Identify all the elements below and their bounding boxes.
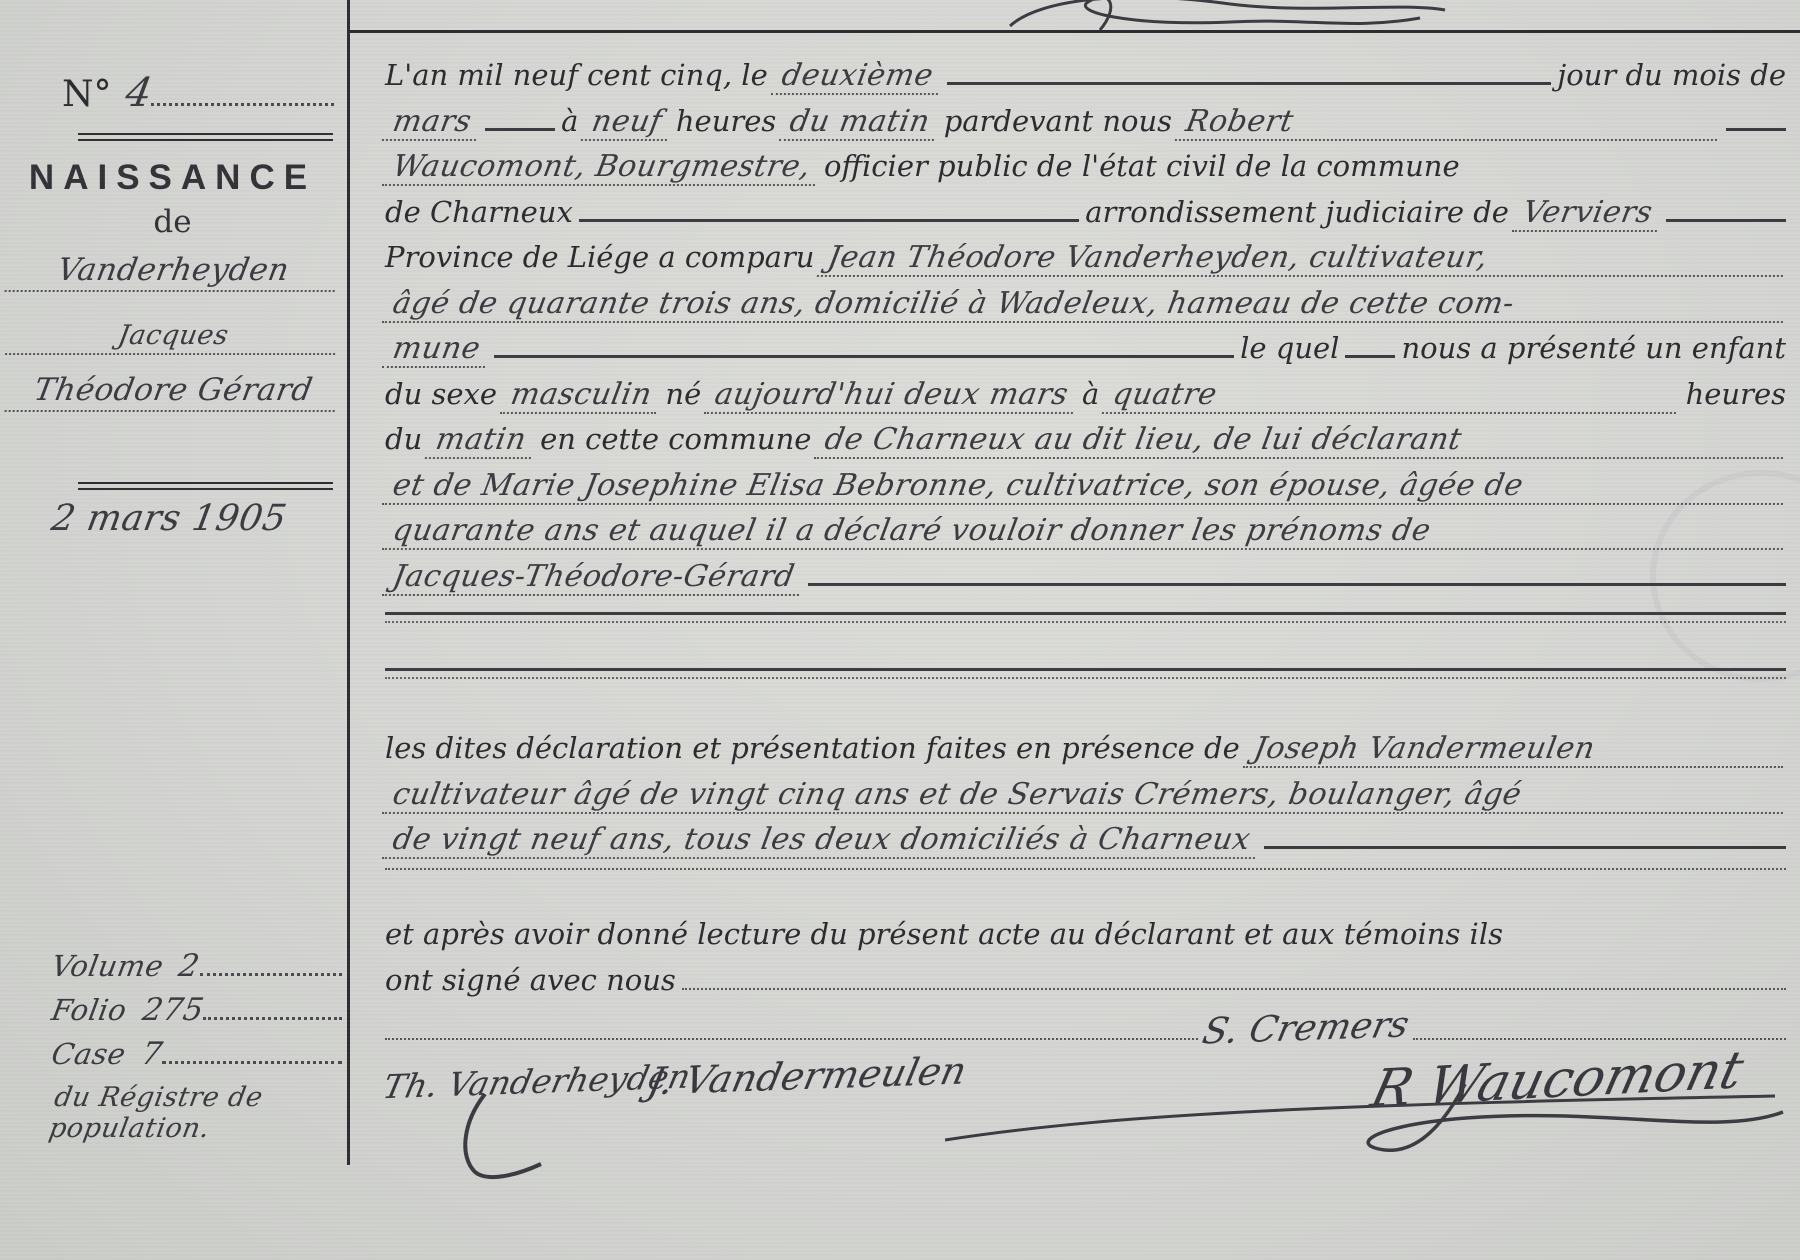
act-line: cultivateur âgé de vingt cinq ans et de … (385, 777, 1790, 823)
dotted-blank (162, 1061, 342, 1064)
double-rule (78, 482, 333, 490)
signature-row: Th. Vanderheyden J. Vandermeulen R Wauco… (385, 1054, 1790, 1174)
handwritten-entry: mune (382, 331, 491, 368)
act-number-row: N° 4 (62, 70, 334, 116)
child-surname: Vanderheyden (4, 252, 341, 292)
act-line: âgé de quarante trois ans, domicilié à W… (385, 286, 1790, 332)
printed-text: les dites déclaration et présentation fa… (385, 731, 1240, 765)
birth-record-page: N° 4 NAISSANCE de Vanderheyden Jacques T… (0, 0, 1800, 1260)
act-line: Province de Liége a comparuJean Théodore… (385, 240, 1790, 286)
dotted-blank (200, 973, 342, 976)
margin-divider-rule (347, 0, 350, 1165)
act-line: les dites déclaration et présentation fa… (385, 731, 1790, 777)
top-border-rule (347, 30, 1800, 33)
printed-text: officier public de l'état civil de la co… (824, 149, 1460, 183)
ink-rule (494, 355, 1234, 358)
handwritten-entry: Joseph Vandermeulen (1243, 731, 1790, 768)
ink-rule (579, 219, 1079, 222)
act-number-value: 4 (121, 70, 155, 116)
blank-line-rule (385, 612, 1786, 623)
act-line: de Charneuxarrondissement judiciaire deV… (385, 195, 1790, 241)
act-text-lines: L'an mil neuf cent cinq, ledeuxièmejour … (385, 58, 1790, 1054)
dotted-blank (385, 868, 1786, 870)
act-line: du sexemasculinnéaujourd'hui deux marsàq… (385, 377, 1790, 423)
record-type-title: NAISSANCE (0, 158, 345, 198)
dotted-blank (151, 103, 334, 106)
act-line: et après avoir donné lecture du présent … (385, 917, 1790, 963)
handwritten-entry: matin (425, 422, 537, 459)
handwritten-entry: Robert (1175, 104, 1723, 141)
case-value: 7 (138, 1036, 165, 1072)
printed-text: et après avoir donné lecture du présent … (385, 917, 1503, 951)
handwritten-entry: quatre (1102, 377, 1683, 414)
printed-text: nous a présenté un enfant (1401, 331, 1786, 365)
printed-text: heures (676, 104, 776, 138)
printed-text: jour du mois de (1557, 58, 1786, 92)
handwritten-entry: Jacques-Théodore-Gérard (382, 559, 806, 596)
margin-column: N° 4 NAISSANCE de Vanderheyden Jacques T… (0, 0, 345, 1260)
printed-text: arrondissement judiciaire de (1085, 195, 1509, 229)
registry-volume-row: Volume 2 (52, 948, 342, 984)
act-line: S. Cremers (385, 1008, 1790, 1054)
ink-rule (1345, 355, 1395, 358)
folio-value: 275 (139, 992, 206, 1028)
declarant-paraph-icon (445, 1094, 645, 1184)
act-line: quarante ans et auquel il a déclaré voul… (385, 513, 1790, 559)
ink-rule (1726, 128, 1786, 131)
ink-rule (1264, 846, 1786, 849)
child-firstname: Jacques (5, 320, 341, 355)
act-line (385, 868, 1790, 914)
handwritten-entry: et de Marie Josephine Elisa Bebronne, cu… (382, 468, 1790, 505)
registry-folio-row: Folio 275 (52, 992, 342, 1028)
volume-label: Volume (49, 949, 166, 983)
handwritten-entry: quarante ans et auquel il a déclaré voul… (382, 513, 1790, 550)
handwritten-entry: mars (382, 104, 483, 141)
act-body: L'an mil neuf cent cinq, ledeuxièmejour … (385, 58, 1790, 1174)
act-line: ont signé avec nous (385, 963, 1790, 1009)
act-line: dumatinen cette communede Charneux au di… (385, 422, 1790, 468)
volume-value: 2 (176, 948, 203, 984)
act-line: munele quelnous a présenté un enfant (385, 331, 1790, 377)
record-type-sub: de (0, 204, 345, 240)
printed-text: Province de Liége a comparu (385, 240, 814, 274)
handwritten-entry: aujourd'hui deux mars (704, 377, 1079, 414)
printed-text: le quel (1240, 331, 1339, 365)
printed-text: né (665, 377, 701, 411)
dotted-blank (203, 1017, 342, 1020)
signature-witness-upper: S. Cremers (1198, 1004, 1412, 1052)
handwritten-entry: de vingt neuf ans, tous les deux domicil… (382, 822, 1262, 859)
act-line (385, 612, 1790, 658)
handwritten-entry: Verviers (1512, 195, 1664, 232)
handwritten-entry: Waucomont, Bourgmestre, (382, 149, 822, 186)
handwritten-entry: masculin (500, 377, 663, 414)
printed-text: L'an mil neuf cent cinq, le (385, 58, 768, 92)
printed-text: du (385, 422, 422, 456)
printed-text: du sexe (385, 377, 497, 411)
handwritten-entry: deuxième (770, 58, 943, 95)
act-line: L'an mil neuf cent cinq, ledeuxièmejour … (385, 58, 1790, 104)
dotted-blank (682, 988, 1786, 990)
printed-text: pardevant nous (944, 104, 1172, 138)
act-line: de vingt neuf ans, tous les deux domicil… (385, 822, 1790, 868)
handwritten-entry: neuf (581, 104, 673, 141)
handwritten-entry: âgé de quarante trois ans, domicilié à W… (382, 286, 1790, 323)
act-line: marsàneufheuresdu matinpardevant nousRob… (385, 104, 1790, 150)
child-middlenames: Théodore Gérard (4, 372, 341, 412)
folio-label: Folio (49, 993, 130, 1027)
blank-line-rule (385, 668, 1786, 679)
ink-rule (1666, 219, 1786, 222)
handwritten-entry: de Charneux au dit lieu, de lui déclaran… (814, 422, 1789, 459)
printed-text: ont signé avec nous (385, 963, 676, 997)
handwritten-entry: Jean Théodore Vanderheyden, cultivateur, (817, 240, 1789, 277)
handwritten-entry: du matin (779, 104, 941, 141)
act-line: Jacques-Théodore-Gérard (385, 559, 1790, 605)
handwritten-entry: cultivateur âgé de vingt cinq ans et de … (382, 777, 1790, 814)
double-rule (78, 133, 333, 141)
registry-footer: du Régistre de population. (47, 1082, 351, 1144)
printed-text: heures (1686, 377, 1786, 411)
dotted-blank (385, 1038, 1198, 1040)
registry-case-row: Case 7 (52, 1036, 342, 1072)
ink-rule (808, 583, 1786, 586)
act-line (385, 668, 1790, 714)
ink-rule (485, 128, 555, 131)
act-number-label: N° (62, 74, 112, 115)
record-date: 2 mars 1905 (48, 498, 289, 539)
case-label: Case (49, 1037, 129, 1071)
printed-text: à (1082, 377, 1099, 411)
ink-rule (947, 82, 1552, 85)
printed-text: à (561, 104, 578, 138)
printed-text: de Charneux (385, 195, 573, 229)
act-line: Waucomont, Bourgmestre,officier public d… (385, 149, 1790, 195)
act-line: et de Marie Josephine Elisa Bebronne, cu… (385, 468, 1790, 514)
dotted-blank (1413, 1038, 1786, 1040)
printed-text: en cette commune (540, 422, 811, 456)
